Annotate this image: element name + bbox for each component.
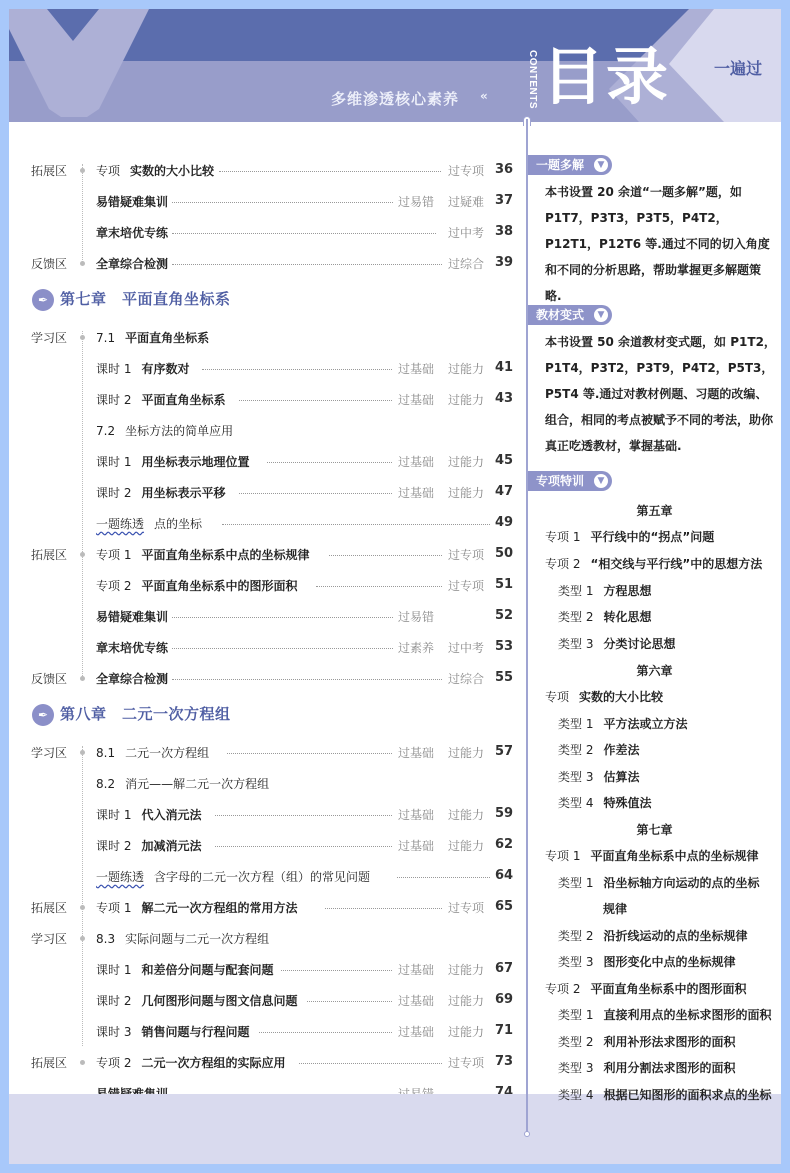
toc-row[interactable]: 学习区 7.1平面直角坐标系 bbox=[9, 329, 524, 349]
section-title: 7.2坐标方法的简单应用 bbox=[96, 422, 233, 439]
tag: 过专项 bbox=[448, 546, 484, 563]
leader-dots bbox=[267, 462, 392, 463]
page-number: 43 bbox=[495, 391, 513, 406]
toc-row[interactable]: 课时 2平面直角坐标系 过基础 过能力 43 bbox=[9, 391, 524, 411]
page-number: 55 bbox=[495, 670, 513, 685]
leader-dots bbox=[299, 1063, 442, 1064]
special-subitem[interactable]: 类型 4特殊值法 bbox=[558, 794, 651, 811]
leader-dots bbox=[172, 648, 393, 649]
section-pill-special-training[interactable]: 专项特训 ▼ bbox=[528, 471, 612, 491]
tag: 过易错 bbox=[398, 608, 434, 625]
pill-label: 一题多解 bbox=[536, 158, 584, 172]
toc-row[interactable]: 章末培优专练 过素养 过中考 53 bbox=[9, 639, 524, 659]
entry-title: 专项 2二元一次方程组的实际应用 bbox=[96, 1054, 285, 1071]
leader-dots bbox=[215, 846, 392, 847]
page-number: 41 bbox=[495, 360, 513, 375]
toc-row[interactable]: 7.2坐标方法的简单应用 bbox=[9, 422, 524, 442]
tag: 过综合 bbox=[448, 670, 484, 687]
zone-label: 反馈区 bbox=[31, 255, 67, 272]
divider-end-dot bbox=[524, 1131, 530, 1137]
toc-row[interactable]: 拓展区 专项 1解二元一次方程组的常用方法 过专项 65 bbox=[9, 899, 524, 919]
toc-row[interactable]: 反馈区 全章综合检测 过综合 39 bbox=[9, 255, 524, 275]
tag: 过基础 bbox=[398, 1023, 434, 1040]
tag: 过基础 bbox=[398, 360, 434, 377]
entry-title: 课时 2几何图形问题与图文信息问题 bbox=[96, 992, 297, 1009]
toc-row[interactable]: 反馈区 全章综合检测 过综合 55 bbox=[9, 670, 524, 690]
leader-dots bbox=[219, 171, 441, 172]
tag: 过中考 bbox=[448, 224, 484, 241]
tag: 过基础 bbox=[398, 806, 434, 823]
special-item[interactable]: 专项 2平面直角坐标系中的图形面积 bbox=[545, 980, 746, 997]
header-slogan: 多维渗透核心素养 bbox=[331, 88, 459, 109]
leader-dots bbox=[202, 369, 392, 370]
page-number: 39 bbox=[495, 255, 513, 270]
section-title: 8.3实际问题与二元一次方程组 bbox=[96, 930, 269, 947]
special-subitem[interactable]: 类型 1平方法或立方法 bbox=[558, 715, 687, 732]
zone-label: 拓展区 bbox=[31, 546, 67, 563]
page-number: 52 bbox=[495, 608, 513, 623]
chevron-down-icon: ▼ bbox=[594, 158, 608, 172]
pen-nib-icon: ✒ bbox=[32, 704, 54, 726]
special-subitem-continued: 规律 bbox=[603, 900, 627, 917]
tag: 过能力 bbox=[448, 992, 484, 1009]
entry-title: 易错疑难集训 bbox=[96, 608, 168, 625]
entry-title: 一题练透含字母的二元一次方程（组）的常见问题 bbox=[96, 868, 370, 885]
entry-title: 章末培优专练 bbox=[96, 224, 168, 241]
entry-title: 全章综合检测 bbox=[96, 670, 168, 687]
page-number: 37 bbox=[495, 193, 513, 208]
zone-label: 学习区 bbox=[31, 744, 67, 761]
section-description: 本书设置 50 余道教材变式题，如 P1T2，P1T4，P3T2，P3T9，P4… bbox=[545, 329, 777, 459]
leader-dots bbox=[325, 908, 442, 909]
special-subitem[interactable]: 类型 2作差法 bbox=[558, 741, 639, 758]
chapter-title: 第七章 平面直角坐标系 bbox=[60, 288, 231, 309]
page-number: 57 bbox=[495, 744, 513, 759]
tag: 过专项 bbox=[448, 899, 484, 916]
zone-dot bbox=[80, 750, 85, 755]
section-title: 8.2消元——解二元一次方程组 bbox=[96, 775, 269, 792]
leader-dots bbox=[227, 753, 392, 754]
toc-page: 多维渗透核心素养 « CONTENTS 目录 一遍过 拓展区 专项实数的大小比较… bbox=[9, 9, 781, 1164]
entry-title: 专项 1解二元一次方程组的常用方法 bbox=[96, 899, 297, 916]
zone-label: 拓展区 bbox=[31, 899, 67, 916]
column-divider bbox=[526, 119, 528, 1134]
page-number: 73 bbox=[495, 1054, 513, 1069]
toc-row[interactable]: 课时 3销售问题与行程问题 过基础 过能力 71 bbox=[9, 1023, 524, 1043]
leader-dots bbox=[215, 815, 392, 816]
toc-row[interactable]: 课时 1有序数对 过基础 过能力 41 bbox=[9, 360, 524, 380]
entry-title: 课时 1有序数对 bbox=[96, 360, 189, 377]
toc-row[interactable]: 学习区 8.3实际问题与二元一次方程组 bbox=[9, 930, 524, 950]
section-title: 7.1平面直角坐标系 bbox=[96, 329, 209, 346]
entry-title: 课时 3销售问题与行程问题 bbox=[96, 1023, 249, 1040]
special-subitem[interactable]: 类型 3估算法 bbox=[558, 768, 639, 785]
toc-row[interactable]: 课时 1用坐标表示地理位置 过基础 过能力 45 bbox=[9, 453, 524, 473]
toc-row[interactable]: 拓展区 专项 1平面直角坐标系中点的坐标规律 过专项 50 bbox=[9, 546, 524, 566]
tag: 过素养 bbox=[398, 639, 434, 656]
contents-label: CONTENTS bbox=[524, 50, 538, 114]
page-number: 53 bbox=[495, 639, 513, 654]
leader-dots bbox=[172, 202, 393, 203]
special-item[interactable]: 专项 2“相交线与平行线”中的思想方法 bbox=[545, 555, 762, 572]
leader-dots bbox=[172, 264, 442, 265]
tag: 过基础 bbox=[398, 453, 434, 470]
tag: 过基础 bbox=[398, 961, 434, 978]
tag: 过能力 bbox=[448, 484, 484, 501]
tag: 过能力 bbox=[448, 744, 484, 761]
section-description: 本书设置 20 余道“一题多解”题，如 P1T7，P3T3，P3T5，P4T2，… bbox=[545, 179, 777, 309]
entry-title: 一题练透点的坐标 bbox=[96, 515, 202, 532]
leader-dots bbox=[239, 400, 392, 401]
page-number: 38 bbox=[495, 224, 513, 239]
special-subitem[interactable]: 类型 2沿折线运动的点的坐标规律 bbox=[558, 927, 747, 944]
zone-dot bbox=[80, 676, 85, 681]
toc-row[interactable]: 课时 2几何图形问题与图文信息问题 过基础 过能力 69 bbox=[9, 992, 524, 1012]
pill-label: 专项特训 bbox=[536, 474, 584, 488]
tag: 过基础 bbox=[398, 484, 434, 501]
page-number: 64 bbox=[495, 868, 513, 883]
zone-dot bbox=[80, 168, 85, 173]
tag: 过能力 bbox=[448, 1023, 484, 1040]
special-subitem[interactable]: 类型 3图形变化中点的坐标规律 bbox=[558, 953, 735, 970]
toc-row[interactable]: 课时 2用坐标表示平移 过基础 过能力 47 bbox=[9, 484, 524, 504]
right-chapter-heading: 第七章 bbox=[528, 821, 781, 838]
chevron-down-icon: ▼ bbox=[594, 474, 608, 488]
entry-title: 全章综合检测 bbox=[96, 255, 168, 272]
tag: 过能力 bbox=[448, 360, 484, 377]
special-subitem[interactable]: 类型 2利用补形法求图形的面积 bbox=[558, 1033, 735, 1050]
chapter-title: 第八章 二元一次方程组 bbox=[60, 703, 231, 724]
tag: 过专项 bbox=[448, 1054, 484, 1071]
special-subitem[interactable]: 类型 1沿坐标轴方向运动的点的坐标 bbox=[558, 874, 759, 891]
entry-title: 专项 2平面直角坐标系中的图形面积 bbox=[96, 577, 297, 594]
entry-title: 专项实数的大小比较 bbox=[96, 162, 214, 179]
entry-title: 课时 1代入消元法 bbox=[96, 806, 201, 823]
entry-title: 课时 2加减消元法 bbox=[96, 837, 201, 854]
special-subitem[interactable]: 类型 3利用分割法求图形的面积 bbox=[558, 1059, 735, 1076]
tag: 过能力 bbox=[448, 961, 484, 978]
page-title: 目录 bbox=[542, 39, 670, 115]
toc-row[interactable]: 课时 1代入消元法 过基础 过能力 59 bbox=[9, 806, 524, 826]
tag: 过专项 bbox=[448, 162, 484, 179]
page-number: 62 bbox=[495, 837, 513, 852]
page-number: 49 bbox=[495, 515, 513, 530]
tag: 过疑难 bbox=[448, 193, 484, 210]
entry-title: 易错疑难集训 bbox=[96, 193, 168, 210]
tag: 过能力 bbox=[448, 837, 484, 854]
leader-dots bbox=[222, 524, 490, 525]
tag: 过中考 bbox=[448, 639, 484, 656]
page-number: 45 bbox=[495, 453, 513, 468]
toc-row[interactable]: 课时 2加减消元法 过基础 过能力 62 bbox=[9, 837, 524, 857]
page-number: 51 bbox=[495, 577, 513, 592]
entry-title: 课时 2平面直角坐标系 bbox=[96, 391, 225, 408]
toc-row[interactable]: 拓展区 专项 2二元一次方程组的实际应用 过专项 73 bbox=[9, 1054, 524, 1074]
special-subitem[interactable]: 类型 1直接利用点的坐标求图形的面积 bbox=[558, 1006, 771, 1023]
leader-dots bbox=[239, 493, 392, 494]
right-chapter-heading: 第六章 bbox=[528, 662, 781, 679]
special-item[interactable]: 专项 1平面直角坐标系中点的坐标规律 bbox=[545, 847, 758, 864]
tag: 过能力 bbox=[448, 391, 484, 408]
tag: 过易错 bbox=[398, 193, 434, 210]
one-question-mastery-label: 一题练透 bbox=[96, 870, 144, 884]
entry-title: 章末培优专练 bbox=[96, 639, 168, 656]
section-title: 8.1二元一次方程组 bbox=[96, 744, 209, 761]
tag: 过专项 bbox=[448, 577, 484, 594]
page-number: 47 bbox=[495, 484, 513, 499]
zone-label: 反馈区 bbox=[31, 670, 67, 687]
leader-dots bbox=[259, 1032, 392, 1033]
one-question-mastery-label: 一题练透 bbox=[96, 517, 144, 531]
special-subitem[interactable]: 类型 4根据已知图形的面积求点的坐标 bbox=[558, 1086, 771, 1103]
page-number: 36 bbox=[495, 162, 513, 177]
tag: 过能力 bbox=[448, 806, 484, 823]
toc-row[interactable]: 8.2消元——解二元一次方程组 bbox=[9, 775, 524, 795]
tag: 过基础 bbox=[398, 992, 434, 1009]
leader-dots bbox=[281, 970, 392, 971]
page-number: 50 bbox=[495, 546, 513, 561]
zone-label: 学习区 bbox=[31, 329, 67, 346]
toc-row[interactable]: 拓展区 专项实数的大小比较 过专项 36 bbox=[9, 162, 524, 182]
entry-title: 课时 2用坐标表示平移 bbox=[96, 484, 225, 501]
leader-dots bbox=[329, 555, 442, 556]
section-pill-one-question-multi-solution[interactable]: 一题多解 ▼ bbox=[528, 155, 612, 175]
leader-dots bbox=[172, 233, 436, 234]
special-item[interactable]: 专项实数的大小比较 bbox=[545, 688, 663, 705]
tag: 过基础 bbox=[398, 837, 434, 854]
page-number: 65 bbox=[495, 899, 513, 914]
page-number: 71 bbox=[495, 1023, 513, 1038]
page-number: 69 bbox=[495, 992, 513, 1007]
leader-dots bbox=[316, 586, 442, 587]
toc-row[interactable]: 章末培优专练 过中考 38 bbox=[9, 224, 524, 244]
toc-row[interactable]: 专项 2平面直角坐标系中的图形面积 过专项 51 bbox=[9, 577, 524, 597]
zone-dot bbox=[80, 1060, 85, 1065]
toc-row[interactable]: 易错疑难集训 过易错 过疑难 37 bbox=[9, 193, 524, 213]
double-chevron-left-icon: « bbox=[480, 89, 488, 103]
tag: 过基础 bbox=[398, 744, 434, 761]
toc-row[interactable]: 易错疑难集训 过易错 52 bbox=[9, 608, 524, 628]
leader-dots bbox=[172, 617, 393, 618]
zone-label: 拓展区 bbox=[31, 1054, 67, 1071]
entry-title: 课时 1和差倍分问题与配套问题 bbox=[96, 961, 273, 978]
tag: 过综合 bbox=[448, 255, 484, 272]
page-number: 67 bbox=[495, 961, 513, 976]
zone-dot bbox=[80, 552, 85, 557]
zone-dot bbox=[80, 335, 85, 340]
pill-label: 教材变式 bbox=[536, 308, 584, 322]
special-item[interactable]: 专项 1平行线中的“拐点”问题 bbox=[545, 528, 714, 545]
header-banner: 多维渗透核心素养 « CONTENTS 目录 一遍过 bbox=[9, 9, 781, 122]
tag: 过能力 bbox=[448, 453, 484, 470]
leader-dots bbox=[397, 877, 490, 878]
leader-dots bbox=[172, 679, 442, 680]
footer-band bbox=[9, 1094, 781, 1164]
special-subitem[interactable]: 类型 2转化思想 bbox=[558, 608, 651, 625]
section-pill-textbook-variants[interactable]: 教材变式 ▼ bbox=[528, 305, 612, 325]
leader-dots bbox=[307, 1001, 392, 1002]
zone-dot bbox=[80, 261, 85, 266]
chevron-down-icon: ▼ bbox=[594, 308, 608, 322]
page-number: 59 bbox=[495, 806, 513, 821]
zone-label: 拓展区 bbox=[31, 162, 67, 179]
brand-logo: 一遍过 bbox=[714, 56, 762, 79]
toc-row[interactable]: 一题练透点的坐标 49 bbox=[9, 515, 524, 535]
zone-dot bbox=[80, 905, 85, 910]
special-subitem[interactable]: 类型 1方程思想 bbox=[558, 582, 651, 599]
toc-row[interactable]: 课时 1和差倍分问题与配套问题 过基础 过能力 67 bbox=[9, 961, 524, 981]
zone-dot bbox=[80, 936, 85, 941]
entry-title: 专项 1平面直角坐标系中点的坐标规律 bbox=[96, 546, 309, 563]
special-subitem[interactable]: 类型 3分类讨论思想 bbox=[558, 635, 675, 652]
zone-label: 学习区 bbox=[31, 930, 67, 947]
right-chapter-heading: 第五章 bbox=[528, 502, 781, 519]
toc-row[interactable]: 一题练透含字母的二元一次方程（组）的常见问题 64 bbox=[9, 868, 524, 888]
toc-row[interactable]: 学习区 8.1二元一次方程组 过基础 过能力 57 bbox=[9, 744, 524, 764]
pen-nib-icon: ✒ bbox=[32, 289, 54, 311]
tag: 过基础 bbox=[398, 391, 434, 408]
entry-title: 课时 1用坐标表示地理位置 bbox=[96, 453, 249, 470]
